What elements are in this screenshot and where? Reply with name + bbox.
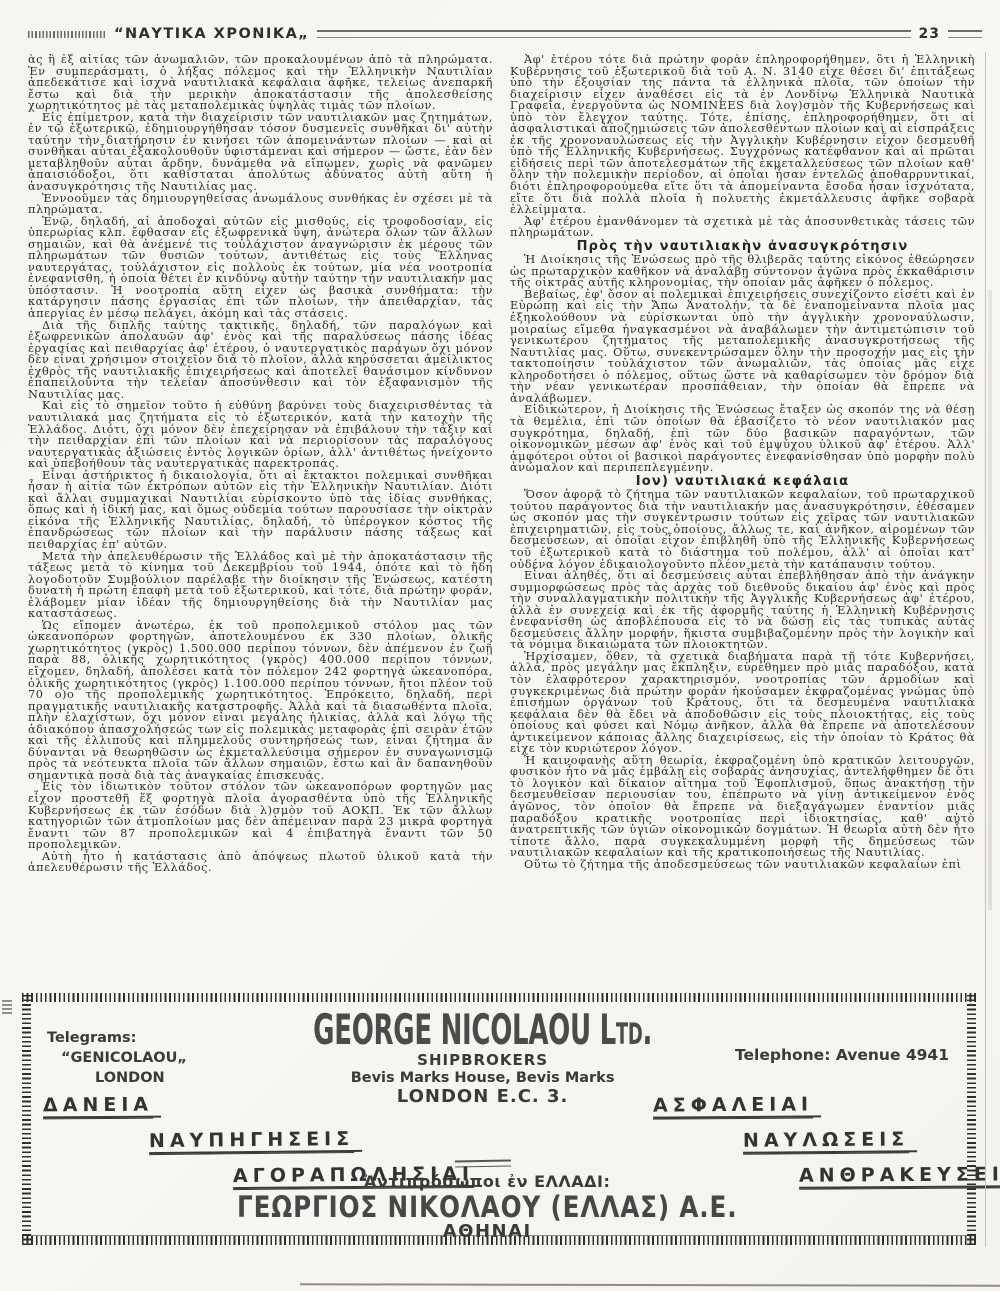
ad-content: Telegrams: “GENICOLAOU„ LONDON GEORGE NI… [31, 1002, 967, 1236]
paragraph: Διὰ τῆς διπλῆς ταύτης τακτικῆς, δηλαδή, … [28, 320, 493, 401]
paragraph: Ἐννοοῦμεν τὰς δημιουργηθείσας ἀνωμάλους … [28, 193, 493, 216]
article-column-right: Ἀφ' ἑτέρου τότε διὰ πρώτην φορὰν ἐπληροφ… [510, 54, 975, 988]
scanned-magazine-page: “ΝΑΥΤΙΚΑ ΧΡΟΝΙΚΑ„ 23 ὰς ἢ ἐξ αἰτίας τῶν … [0, 0, 1000, 1291]
service-loans: ΔΑΝΕΙΑ [43, 1094, 161, 1118]
paragraph: Εἶναι ἀληθές, ὅτι αἱ δεσμεύσεις αὗται ἐπ… [510, 570, 975, 651]
ad-center-dash-ornament [455, 1160, 511, 1168]
ad-agents-block: Ἀντιπρόσωποι ἐν ΕΛΛΑΔΙ: ΓΕΩΡΓΙΟΣ ΝΙΚΟΛΑΟ… [193, 1172, 782, 1242]
paragraph: Ἠρχίσαμεν, ὅθεν, τὰ σχετικὰ διαβήματα πα… [510, 651, 975, 755]
telegrams-city: LONDON [95, 1068, 187, 1088]
article-column-left: ὰς ἢ ἐξ αἰτίας τῶν ἀνωμαλιῶν, τῶν προκαλ… [28, 54, 493, 988]
service-insurance: ΑΣΦΑΛΕΙΑΙ [653, 1093, 821, 1118]
ad-border-left [22, 993, 31, 1245]
ad-company-block: GEORGE NICOLAOU Ltd. SHIPBROKERS Bevis M… [209, 1010, 756, 1107]
paragraph: Ἀφ' ἑτέρου τότε διὰ πρώτην φορὰν ἐπληροφ… [510, 54, 975, 216]
scan-artifact-right-smudge [988, 290, 992, 910]
ad-border-right [967, 993, 976, 1245]
article-body: ὰς ἢ ἐξ αἰτίας τῶν ἀνωμαλιῶν, τῶν προκαλ… [28, 54, 975, 988]
paragraph: Ἡ καινοφανὴς αὕτη θεωρία, ἐκφραζομένη ὑπ… [510, 755, 975, 859]
publication-title: “ΝΑΥΤΙΚΑ ΧΡΟΝΙΚΑ„ [114, 26, 309, 42]
telegrams-label: Telegrams: [47, 1028, 187, 1048]
paragraph: ὰς ἢ ἐξ αἰτίας τῶν ἀνωμαλιῶν, τῶν προκαλ… [28, 54, 493, 112]
paragraph: Εἶναι ἀστήρικτος ἡ δικαιολογία, ὅτι αἱ ἔ… [28, 470, 493, 551]
agents-name: ΓΕΩΡΓΙΟΣ ΝΙΚΟΛΑΟΥ (ΕΛΛΑΣ) Α.Ε. [237, 1192, 737, 1222]
paragraph: Ἡ Διοίκησις τῆς Ἑνώσεως πρὸ τῆς θλιβερᾶς… [510, 254, 975, 289]
service-bunkering: ΑΝΘΡΑΚΕΥΣΕΙΣ [799, 1163, 1000, 1188]
agents-city: ΑΘΗΝΑΙ [193, 1222, 782, 1242]
ad-border-top [22, 993, 976, 1002]
agents-label: Ἀντιπρόσωποι ἐν ΕΛΛΑΔΙ: [193, 1172, 782, 1192]
paragraph: Καὶ εἰς τὸ σημεῖον τοῦτο ἡ εὐθύνη βαρύνε… [28, 400, 493, 469]
service-shipbuilding: ΝΑΥΠΗΓΗΣΕΙΣ [149, 1128, 362, 1154]
telephone-label: Telephone: [735, 1046, 830, 1064]
telegrams-address: “GENICOLAOU„ [61, 1048, 187, 1068]
masthead-rule-right [948, 30, 982, 38]
masthead-ornament-left [28, 31, 106, 38]
section-heading-capital: Ιον) ναυτιλιακά κεφάλαια [510, 476, 975, 488]
paragraph: Ὅσον ἀφορᾷ τὸ ζήτημα τῶν ναυτιλιακῶν κεφ… [510, 489, 975, 570]
masthead: “ΝΑΥΤΙΚΑ ΧΡΟΝΙΚΑ„ 23 [28, 24, 982, 44]
paragraph: Ἀφ' ἑτέρου ἐμανθάνομεν τὰ σχετικὰ μὲ τὰς… [510, 216, 975, 239]
masthead-rule [317, 30, 910, 38]
telephone-number: Avenue 4941 [836, 1046, 949, 1064]
paragraph: Βεβαίως, ἐφ' ὅσον αἱ πολεμικαὶ ἐπιχειρήσ… [510, 289, 975, 404]
page-number: 23 [919, 26, 940, 42]
service-chartering: ΝΑΥΛΩΣΕΙΣ [743, 1128, 917, 1153]
company-address: Bevis Marks House, Bevis Marks [209, 1069, 756, 1087]
company-name: GEORGE NICOLAOU Ltd. [313, 1010, 652, 1050]
paragraph: Μετὰ τὴν ἀπελευθέρωσιν τῆς Ἑλλάδος καὶ μ… [28, 551, 493, 620]
paragraph: Εἰς τὸν ἰδιωτικὸν τοῦτον στόλον τῶν ὠκεα… [28, 781, 493, 850]
ad-telephone: Telephone: Avenue 4941 [735, 1046, 949, 1064]
paragraph: Ὡς εἴπομεν ἀνωτέρω, ἐκ τοῦ προπολεμικοῦ … [28, 620, 493, 782]
ad-telegrams-block: Telegrams: “GENICOLAOU„ LONDON [47, 1028, 187, 1088]
advertisement-george-nicolaou: Telegrams: “GENICOLAOU„ LONDON GEORGE NI… [22, 993, 976, 1245]
paragraph: Εἰς ἐπίμετρον, κατὰ τὴν διαχείρισιν τῶν … [28, 112, 493, 193]
scan-artifact-left-speck [2, 998, 12, 1014]
scan-artifact-right-line [985, 52, 987, 1247]
scan-artifact-bottom-streak [300, 1283, 1000, 1286]
section-heading-reconstruction: Πρὸς τὴν ναυτιλιακὴν ἀνασυγκρότησιν [510, 241, 975, 253]
paragraph: Αὐτὴ ἦτο ἡ κατάστασις ἀπὸ ἀπόψεως πλωτοῦ… [28, 851, 493, 874]
paragraph: Ἐνῷ, δηλαδή, αἱ ἀποδοχαὶ αὐτῶν εἰς μισθο… [28, 216, 493, 320]
paragraph: Εἰδικώτερον, ἡ Διοίκησις τῆς Ἑνώσεως ἔτα… [510, 404, 975, 473]
paragraph: Οὕτω τὸ ζήτημα τῆς ἀποδεσμεύσεως τῶν ναυ… [510, 859, 975, 871]
